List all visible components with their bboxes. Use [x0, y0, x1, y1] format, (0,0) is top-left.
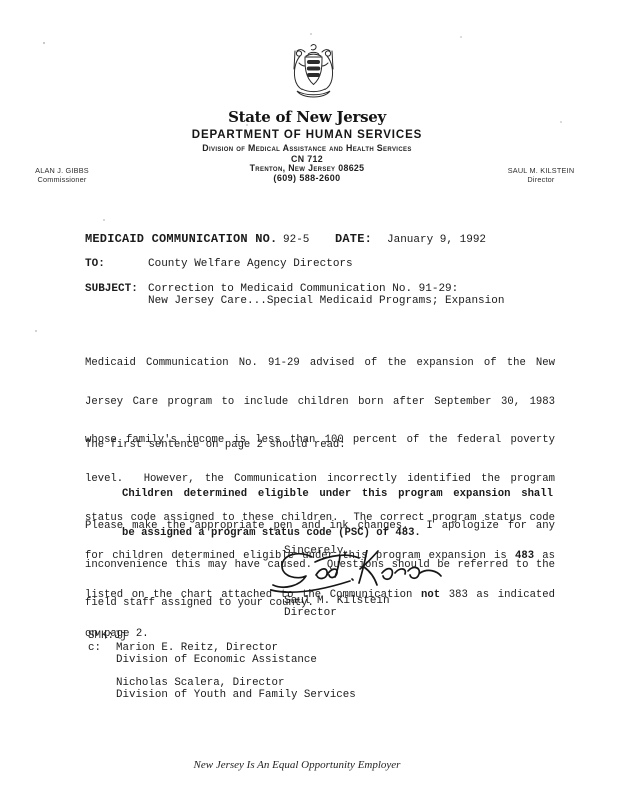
cc-label: c: [88, 642, 101, 654]
letter-page: State of New Jersey DEPARTMENT OF HUMAN … [0, 0, 632, 800]
body-paragraph-2: The first sentence on page 2 should read… [85, 439, 555, 452]
signer-title: Director [284, 607, 337, 620]
nj-state-seal-icon [275, 43, 352, 107]
director-title: Director [496, 176, 586, 185]
department-name: DEPARTMENT OF HUMAN SERVICES [0, 129, 623, 141]
commissioner-title: Commissioner [17, 176, 107, 185]
state-title: State of New Jersey [0, 108, 623, 126]
cc1-org: Division of Economic Assistance [116, 654, 317, 666]
cc2-org: Division of Youth and Family Services [116, 689, 356, 701]
subject-line2: New Jersey Care...Special Medicaid Progr… [148, 295, 504, 308]
to-value: County Welfare Agency Directors [148, 258, 353, 271]
date-label: DATE: [335, 233, 372, 246]
reference-initials: SMK:Jj [88, 630, 127, 642]
cc2-name: Nicholas Scalera, Director [116, 677, 284, 689]
cc1-name: Marion E. Reitz, Director [116, 642, 278, 654]
to-label: TO: [85, 258, 105, 271]
address-line1: CN 712 [0, 154, 623, 164]
date-value: January 9, 1992 [387, 234, 486, 247]
director-block: SAUL M. KILSTEIN Director [496, 167, 586, 185]
communication-number-value: 92-5 [283, 234, 309, 247]
communication-number-label: MEDICAID COMMUNICATION NO. [85, 233, 277, 246]
commissioner-block: ALAN J. GIBBS Commissioner [17, 167, 107, 185]
signer-name: Saul M. Kilstein [284, 595, 390, 608]
subject-label: SUBJECT: [85, 283, 138, 296]
division-name: Division of Medical Assistance and Healt… [0, 143, 623, 153]
scan-noise [0, 0, 2, 2]
signature-image [270, 550, 446, 600]
equal-opportunity-footer: New Jersey Is An Equal Opportunity Emplo… [0, 759, 594, 771]
